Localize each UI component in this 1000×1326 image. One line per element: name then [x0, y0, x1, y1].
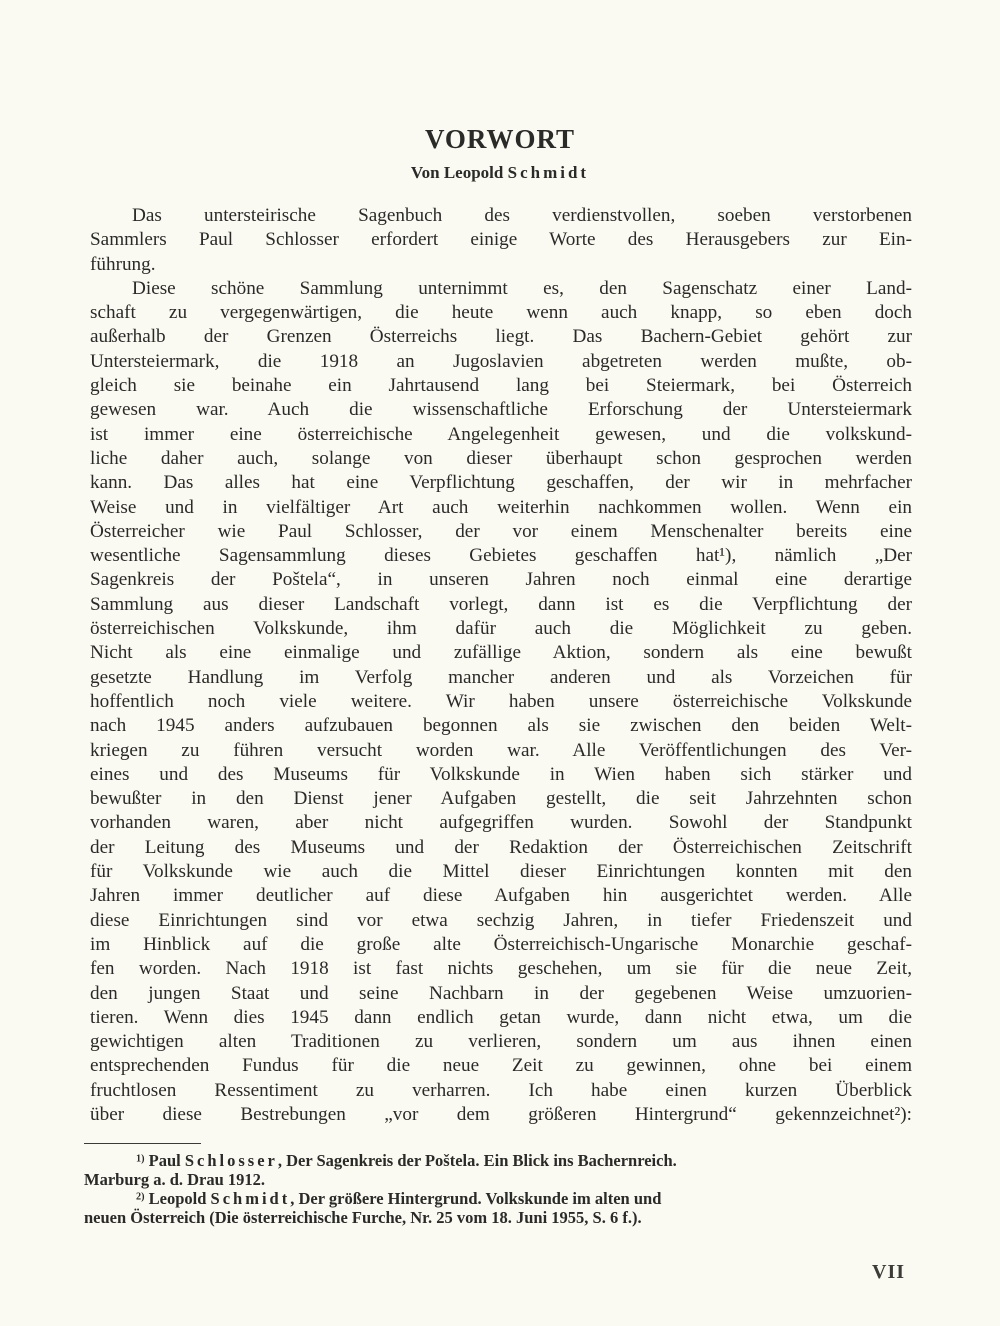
body-line: bewußter in den Dienst jener Aufgaben ge…	[90, 787, 912, 811]
body-line: hoffentlich noch viele weitere. Wir habe…	[90, 690, 912, 714]
page-title: VORWORT	[0, 124, 1000, 155]
body-line: Nicht als eine einmalige und zufällige A…	[90, 641, 912, 665]
body-line: Jahren immer deutlicher auf diese Aufgab…	[90, 884, 912, 908]
body-line: ist immer eine österreichische Angelegen…	[90, 423, 912, 447]
body-line: Sammlung aus dieser Landschaft vorlegt, …	[90, 593, 912, 617]
body-line: für Volkskunde wie auch die Mittel diese…	[90, 860, 912, 884]
footnotes: 1) Paul Schlosser, Der Sagenkreis der Po…	[84, 1151, 912, 1227]
body-line: diese Einrichtungen sind vor etwa sechzi…	[90, 909, 912, 933]
body-line: vorhanden waren, aber nicht aufgegriffen…	[90, 811, 912, 835]
body-line: tieren. Wenn dies 1945 dann endlich geta…	[90, 1006, 912, 1030]
body-line: gewichtigen alten Traditionen zu verlier…	[90, 1030, 912, 1054]
body-line: gleich sie beinahe ein Jahrtausend lang …	[90, 374, 912, 398]
body-line: Sammlers Paul Schlosser erfordert einige…	[90, 228, 912, 252]
body-line: Sagenkreis der Poštela“, in unseren Jahr…	[90, 568, 912, 592]
author-prefix: Von Leopold	[411, 163, 503, 182]
body-line: österreichischen Volkskunde, ihm dafür a…	[90, 617, 912, 641]
body-line: gesetzte Handlung im Verfolg mancher and…	[90, 666, 912, 690]
body-line: fen worden. Nach 1918 ist fast nichts ge…	[90, 957, 912, 981]
body-line: Diese schöne Sammlung unternimmt es, den…	[90, 277, 912, 301]
body-line: kann. Das alles hat eine Verpflichtung g…	[90, 471, 912, 495]
author-surname: Schmidt	[508, 163, 589, 182]
footnote-2-author: Leopold	[149, 1189, 207, 1208]
footnote-2-author-surname: Schmidt	[211, 1189, 291, 1208]
body-line: liche daher auch, solange von dieser übe…	[90, 447, 912, 471]
body-line: Österreicher wie Paul Schlosser, der vor…	[90, 520, 912, 544]
footnote-2-marker: 2)	[136, 1191, 145, 1202]
body-line: außerhalb der Grenzen Österreichs liegt.…	[90, 325, 912, 349]
body-text: Das untersteirische Sagenbuch des verdie…	[90, 204, 912, 1127]
body-line: im Hinblick auf die große alte Österreic…	[90, 933, 912, 957]
footnote-1-marker: 1)	[136, 1153, 145, 1164]
footnote-2-citation: , Der größere Hintergrund. Volkskunde im…	[290, 1189, 661, 1208]
body-line: Weise und in vielfältiger Art auch weite…	[90, 496, 912, 520]
body-line: schaft zu vergegenwärtigen, die heute we…	[90, 301, 912, 325]
footnote-1-author-surname: Schlosser	[185, 1151, 278, 1170]
body-line: den jungen Staat und seine Nachbarn in d…	[90, 982, 912, 1006]
body-line: wesentliche Sagensammlung dieses Gebiete…	[90, 544, 912, 568]
body-line: Das untersteirische Sagenbuch des verdie…	[90, 204, 912, 228]
footnote-1-line-2: Marburg a. d. Drau 1912.	[84, 1170, 912, 1189]
page-number: VII	[872, 1261, 905, 1284]
body-line: Untersteiermark, die 1918 an Jugoslavien…	[90, 350, 912, 374]
body-line: führung.	[90, 253, 912, 277]
body-line: entsprechenden Fundus für die neue Zeit …	[90, 1054, 912, 1078]
footnote-2-line-1: 2) Leopold Schmidt, Der größere Hintergr…	[84, 1189, 912, 1208]
author-byline: Von Leopold Schmidt	[0, 163, 1000, 183]
footnote-1-citation: , Der Sagenkreis der Poštela. Ein Blick …	[278, 1151, 677, 1170]
body-line: kriegen zu führen versucht worden war. A…	[90, 739, 912, 763]
footnote-1-author: Paul	[149, 1151, 181, 1170]
body-line: nach 1945 anders aufzubauen begonnen als…	[90, 714, 912, 738]
body-line: der Leitung des Museums und der Redaktio…	[90, 836, 912, 860]
body-line: gewesen war. Auch die wissenschaftliche …	[90, 398, 912, 422]
body-line: über diese Bestrebungen „vor dem größere…	[90, 1103, 912, 1127]
footnote-2-line-2: neuen Österreich (Die österreichische Fu…	[84, 1208, 912, 1227]
footnote-separator-rule	[84, 1143, 201, 1144]
body-line: fruchtlosen Ressentiment zu verharren. I…	[90, 1079, 912, 1103]
body-line: eines und des Museums für Volkskunde in …	[90, 763, 912, 787]
footnote-1-line-1: 1) Paul Schlosser, Der Sagenkreis der Po…	[84, 1151, 912, 1170]
